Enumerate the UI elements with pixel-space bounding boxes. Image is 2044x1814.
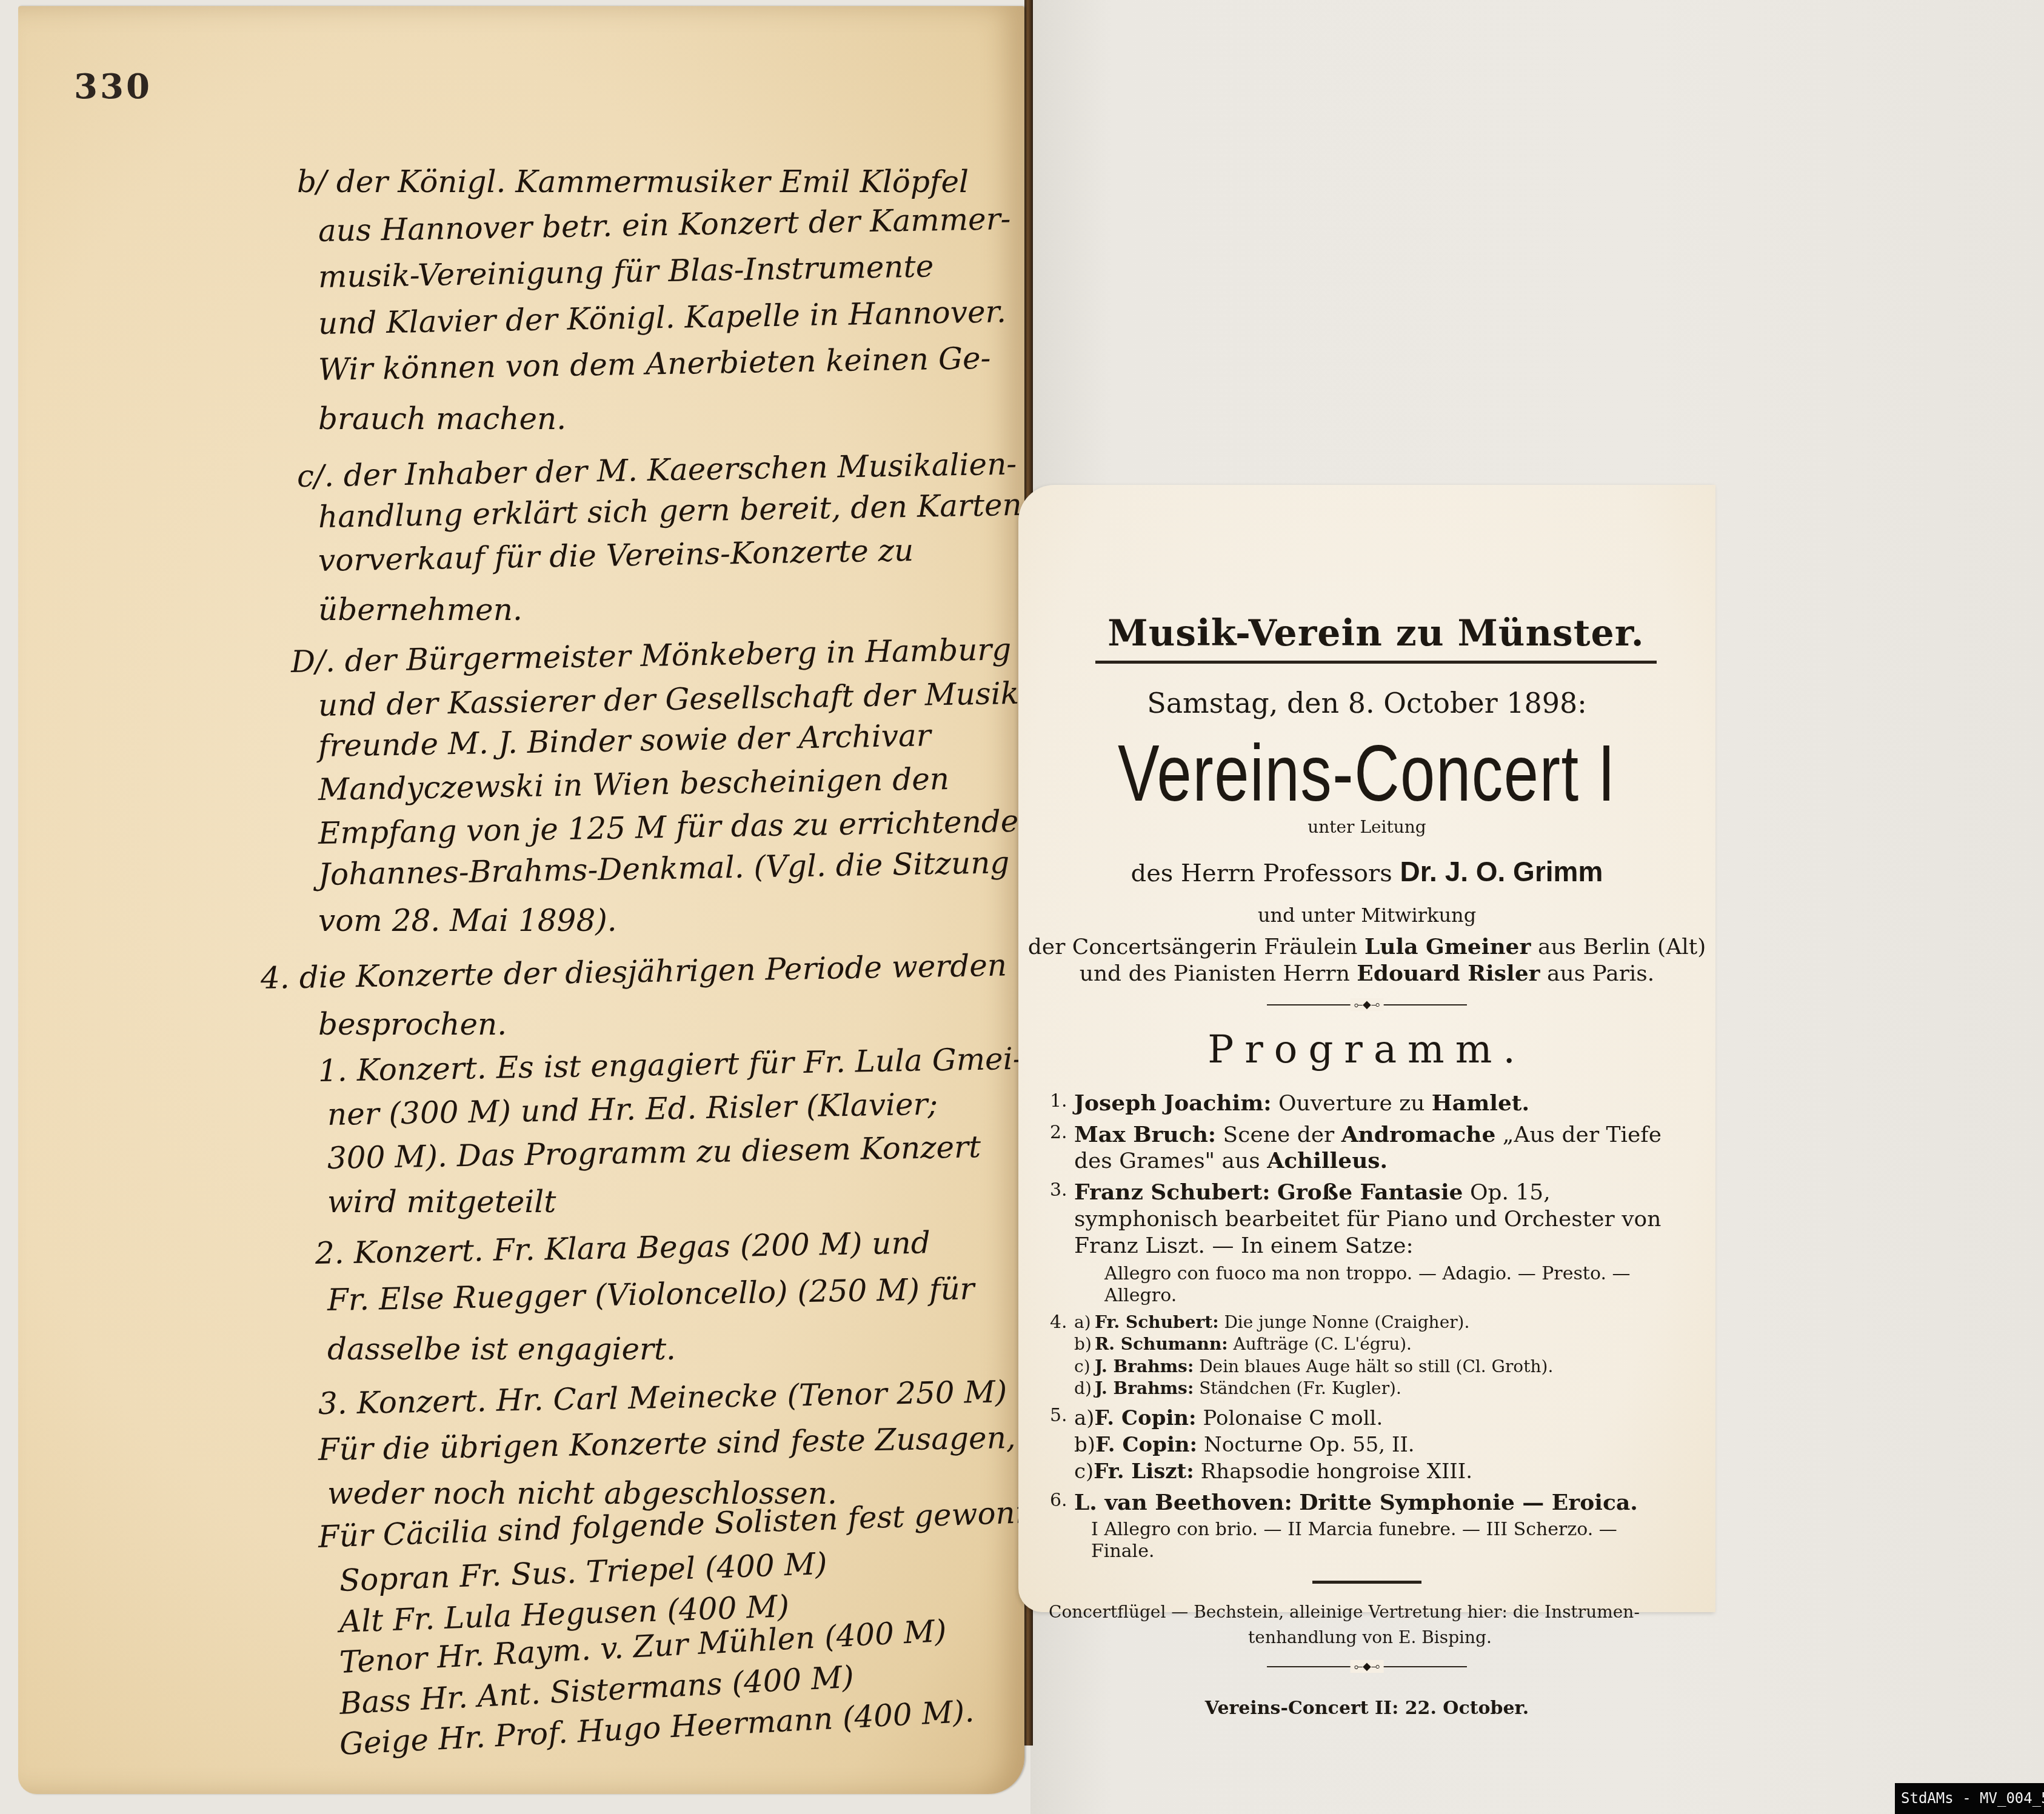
work-title: Nocturne Op. 55, II. — [1204, 1433, 1415, 1457]
handwritten-line: 4. die Konzerte der diesjährigen Periode… — [261, 950, 1007, 993]
handwritten-line: 300 M). Das Programm zu diesem Konzert — [327, 1132, 981, 1173]
handwritten-line: dasselbe ist engagiert. — [327, 1334, 676, 1364]
program-list: 1. Joseph Joachim: Ouverture zu Hamlet. … — [1050, 1090, 1680, 1562]
handwritten-line: vom 28. Mai 1898). — [318, 905, 617, 936]
pianist-name: Edouard Risler — [1357, 961, 1540, 986]
handwritten-line: D/. der Bürgermeister Mönkeberg in Hambu… — [291, 634, 1012, 677]
club-title: Musik-Verein zu Münster. — [1095, 612, 1657, 664]
work-title: Aufträge (C. L'égru). — [1233, 1334, 1412, 1354]
sub-letter: b) — [1074, 1433, 1095, 1457]
sub-letter: b) — [1074, 1333, 1095, 1355]
composer: Joseph Joachim: — [1074, 1090, 1272, 1116]
sub-letter: c) — [1074, 1356, 1095, 1378]
program-subitem: d)J. Brahms: Ständchen (Fr. Kugler). — [1074, 1378, 1680, 1399]
direction-label: unter Leitung — [1018, 817, 1715, 837]
movements-item-6: I Allegro con brio. — II Marcia funebre.… — [1091, 1519, 1680, 1562]
page-number: 330 — [74, 67, 152, 107]
concert-date: Samstag, den 8. October 1898: — [1018, 687, 1715, 719]
program-item-1: 1. Joseph Joachim: Ouverture zu Hamlet. — [1050, 1090, 1680, 1117]
handwritten-line: 2. Konzert. Fr. Klara Begas (200 M) und — [315, 1227, 931, 1269]
program-heading: Programm. — [1018, 1027, 1715, 1072]
handwritten-line: 1. Konzert. Es ist engagiert für Fr. Lul… — [318, 1043, 1023, 1085]
program-subitem: b)R. Schumann: Aufträge (C. L'égru). — [1074, 1333, 1680, 1355]
ornament-divider: ⟜◆⊸ — [1267, 1003, 1467, 1007]
program-item-5: 5. a)F. Copin: Polonaise C moll.b)F. Cop… — [1050, 1405, 1680, 1486]
program-subitem: a)F. Copin: Polonaise C moll. — [1074, 1405, 1680, 1432]
program-item-3: 3. Franz Schubert: Große Fantasie Op. 15… — [1050, 1179, 1680, 1259]
program-item-2: 2. Max Bruch: Scene der Andromache „Aus … — [1050, 1122, 1680, 1175]
program-subitem: c)J. Brahms: Dein blaues Auge hält so st… — [1074, 1356, 1680, 1378]
sub-letter: d) — [1074, 1378, 1095, 1399]
composer: Franz Schubert: — [1074, 1179, 1271, 1205]
composer: F. Copin: — [1095, 1406, 1197, 1430]
movements-item-3: Allegro con fuoco ma non troppo. — Adagi… — [1104, 1263, 1680, 1307]
ledger-page: 330 b/ der Königl. Kammermusiker Emil Kl… — [18, 6, 1024, 1794]
handwritten-line: besprochen. — [318, 1009, 507, 1039]
work-title: Die junge Nonne (Craigher). — [1224, 1312, 1469, 1332]
handwritten-line: ner (300 M) und Hr. Ed. Risler (Klavier; — [327, 1089, 938, 1130]
program-subitem: b)F. Copin: Nocturne Op. 55, II. — [1074, 1432, 1680, 1458]
handwritten-line: Mandyczewski in Wien bescheinigen den — [318, 764, 950, 805]
handwritten-line: Fr. Else Ruegger (Violoncello) (250 M) f… — [327, 1273, 975, 1315]
ornament-divider-2: ⟜◆⊸ — [1267, 1665, 1467, 1669]
handwritten-line: 3. Konzert. Hr. Carl Meinecke (Tenor 250… — [318, 1376, 1007, 1419]
sub-letter: a) — [1074, 1406, 1095, 1430]
work-title: Ständchen (Fr. Kugler). — [1199, 1378, 1401, 1398]
handwritten-line: b/ der Königl. Kammermusiker Emil Klöpfe… — [297, 167, 969, 197]
program-item-4: 4. a)Fr. Schubert: Die junge Nonne (Crai… — [1050, 1312, 1680, 1400]
singer-name: Lula Gmeiner — [1364, 934, 1531, 959]
singer-line: der Concertsängerin Fräulein Lula Gmeine… — [1018, 934, 1715, 959]
composer: Fr. Liszt: — [1094, 1459, 1194, 1484]
work-title: Rhapsodie hongroise XIII. — [1201, 1459, 1472, 1484]
handwritten-line: aus Hannover betr. ein Konzert der Kamme… — [318, 204, 1011, 246]
divider-rule — [1312, 1581, 1421, 1584]
composer: L. van Beethoven: — [1074, 1490, 1292, 1515]
composer: F. Copin: — [1095, 1433, 1197, 1457]
conductor-line: des Herrn Professors Dr. J. O. Grimm — [1018, 855, 1715, 888]
handwritten-line: Empfang von je 125 M für das zu errichte… — [318, 806, 1019, 849]
composer: Fr. Schubert: — [1095, 1312, 1218, 1332]
handwritten-line: handlung erklärt sich gern bereit, den K… — [318, 489, 1033, 532]
pianist-line: und des Pianisten Herrn Edouard Risler a… — [1018, 961, 1715, 986]
program-subitem: a)Fr. Schubert: Die junge Nonne (Craighe… — [1074, 1312, 1680, 1333]
concert-title: Vereins-Concert I — [1095, 732, 1639, 816]
work-title: Polonaise C moll. — [1203, 1406, 1383, 1430]
composer: Max Bruch: — [1074, 1122, 1216, 1147]
piano-note: Concertflügel — Bechstein, alleinige Ver… — [1049, 1599, 1691, 1650]
work-title: Dein blaues Auge hält so still (Cl. Grot… — [1199, 1356, 1553, 1376]
handwritten-line: freunde M. J. Binder sowie der Archivar — [318, 720, 931, 761]
handwritten-line: c/. der Inhaber der M. Kaeerschen Musika… — [297, 448, 1017, 492]
handwritten-line: Wir können von dem Anerbieten keinen Ge- — [318, 343, 991, 385]
handwritten-line: brauch machen. — [318, 404, 566, 434]
conductor-name: Dr. J. O. Grimm — [1400, 856, 1603, 887]
composer: R. Schumann: — [1095, 1334, 1228, 1354]
handwritten-line: Sopran Fr. Sus. Triepel (400 M) — [339, 1549, 827, 1596]
sub-letter: a) — [1074, 1312, 1095, 1333]
composer: J. Brahms: — [1095, 1356, 1194, 1376]
handwritten-line: und der Kassierer der Gesellschaft der M… — [318, 678, 1039, 721]
with-label: und unter Mitwirkung — [1018, 904, 1715, 927]
next-concert: Vereins-Concert II: 22. October. — [1018, 1698, 1715, 1719]
handwritten-line: übernehmen. — [318, 595, 523, 625]
handwritten-line: Für die übrigen Konzerte sind feste Zusa… — [318, 1422, 1017, 1465]
handwritten-line: Johannes-Brahms-Denkmal. (Vgl. die Sitzu… — [318, 847, 1010, 890]
handwritten-line: und Klavier der Königl. Kapelle in Hanno… — [318, 296, 1007, 339]
program-item-6: 6. L. van Beethoven: Dritte Symphonie — … — [1050, 1490, 1680, 1516]
sub-letter: c) — [1074, 1459, 1094, 1484]
handwritten-line: wird mitgeteilt — [327, 1187, 556, 1217]
handwritten-line: vorverkauf für die Vereins-Konzerte zu — [318, 535, 914, 576]
handwritten-line: musik-Vereinigung für Blas-Instrumente — [318, 251, 934, 292]
archive-watermark: StdAMs - MV_004_550 — [1895, 1783, 2044, 1814]
program-subitem: c)Fr. Liszt: Rhapsodie hongroise XIII. — [1074, 1458, 1680, 1485]
composer: J. Brahms: — [1095, 1378, 1194, 1398]
concert-program-card: Musik-Verein zu Münster. Samstag, den 8.… — [1018, 485, 1715, 1612]
